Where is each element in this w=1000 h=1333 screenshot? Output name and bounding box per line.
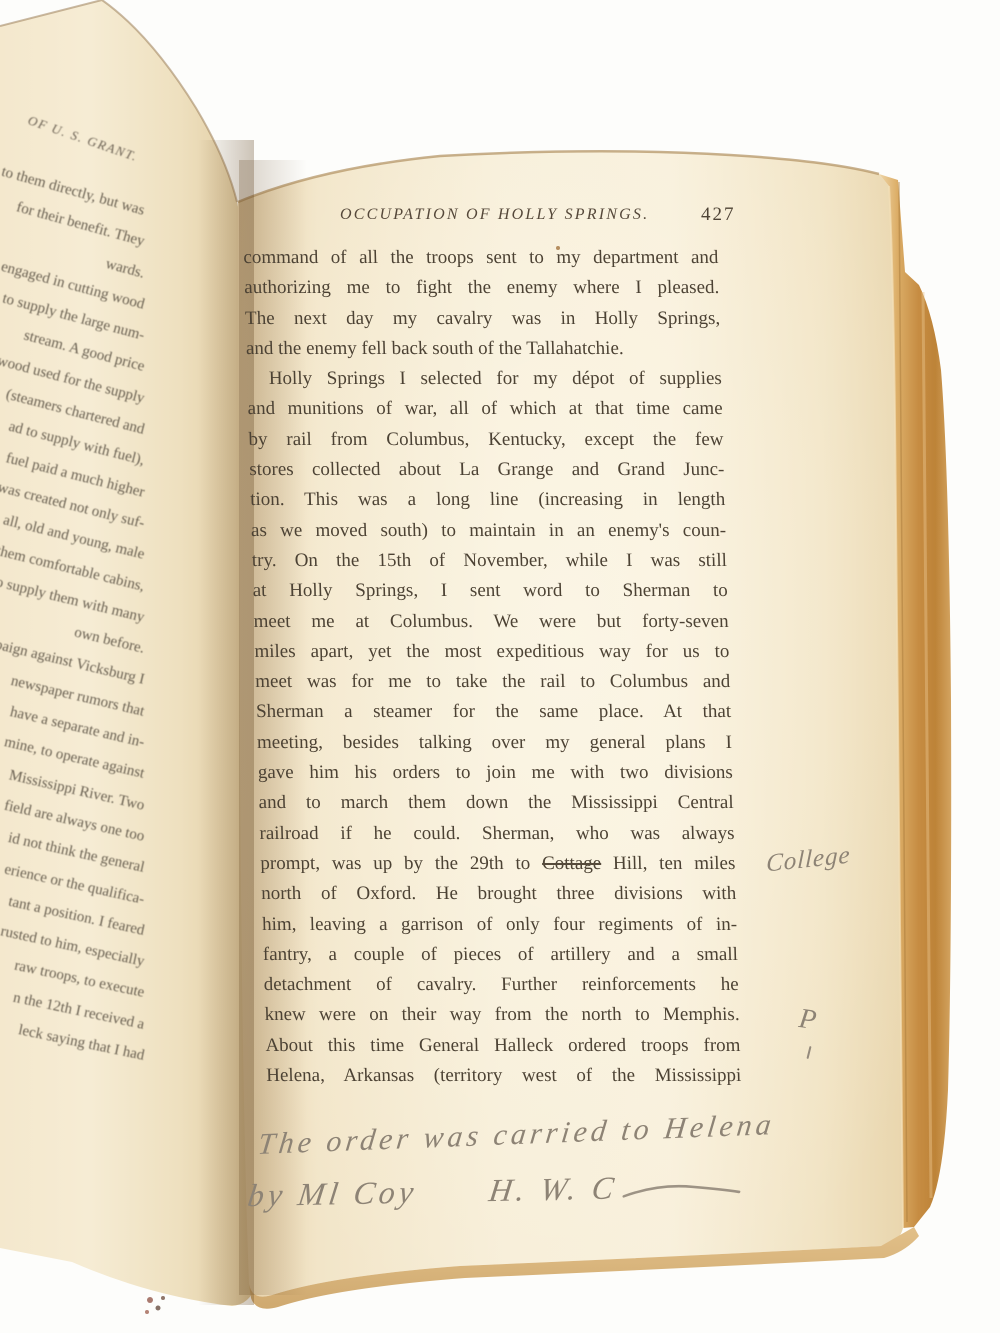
text-line: meet me at Columbus. We were but forty-s…	[253, 607, 729, 637]
text-line: command of all the troops sent to my dep…	[243, 243, 719, 273]
running-header: OCCUPATION OF HOLLY SPRINGS.	[340, 206, 645, 224]
text-line: The next day my cavalry was in Holly Spr…	[245, 304, 721, 334]
paragraph: command of all the troops sent to my dep…	[243, 243, 721, 364]
text-line: meeting, besides talking over my general…	[257, 728, 733, 758]
text-segment: prompt, was up by the 29th to	[260, 853, 542, 874]
text-line: as we moved south) to maintain in an ene…	[251, 516, 727, 546]
text-line: north of Oxford. He brought three divisi…	[261, 879, 737, 909]
text-line: and to march them down the Mississippi C…	[258, 788, 734, 818]
left-page-text: to them directly, but wasfor their benef…	[0, 196, 144, 1072]
text-line: by rail from Columbus, Kentucky, except …	[248, 425, 724, 455]
text-line: fantry, a couple of pieces of artillery …	[262, 940, 738, 970]
text-line: About this time General Halleck ordered …	[265, 1031, 741, 1061]
text-line: at Holly Springs, I sent word to Sherman…	[252, 576, 728, 606]
text-line: prompt, was up by the 29th to Cottage Hi…	[260, 849, 736, 879]
text-line: Holly Springs I selected for my dépot of…	[246, 364, 722, 394]
text-line: tion. This was a long line (increasing i…	[250, 485, 726, 515]
page-text: command of all the troops sent to my dep…	[243, 243, 742, 1091]
text-line: and munitions of war, all of which at th…	[247, 394, 723, 424]
pen-flourish	[621, 1177, 745, 1206]
page-number: 427	[701, 204, 736, 226]
text-line: knew were on their way from the north to…	[264, 1000, 740, 1030]
text-line: detachment of cavalry. Further reinforce…	[263, 970, 739, 1000]
struck-word: Cottage	[542, 853, 602, 874]
binding-speckle	[145, 1296, 165, 1314]
print-speck	[556, 246, 560, 250]
text-line: try. On the 15th of November, while I wa…	[251, 546, 727, 576]
text-line: him, leaving a garrison of only four reg…	[262, 910, 738, 940]
paragraph: Holly Springs I selected for my dépot of…	[246, 364, 741, 1091]
text-line: and the enemy fell back south of the Tal…	[246, 334, 722, 364]
text-line: gave him his orders to join me with two …	[257, 758, 733, 788]
text-line: Sherman a steamer for the same place. At…	[256, 697, 732, 727]
pencil-footer-line2-text: by Ml Coy H. W. C	[246, 1169, 620, 1214]
text-segment: Hill, ten miles	[601, 853, 736, 874]
text-line: meet was for me to take the rail to Colu…	[255, 667, 731, 697]
book-photo: OF U. S. GRANT. to them directly, but wa…	[0, 0, 1000, 1333]
text-line: stores collected about La Grange and Gra…	[249, 455, 725, 485]
text-line: railroad if he could. Sherman, who was a…	[259, 819, 735, 849]
text-line: miles apart, yet the most expeditious wa…	[254, 637, 730, 667]
text-line: Helena, Arkansas (territory west of the …	[266, 1061, 742, 1091]
text-line: authorizing me to fight the enemy where …	[244, 273, 720, 303]
